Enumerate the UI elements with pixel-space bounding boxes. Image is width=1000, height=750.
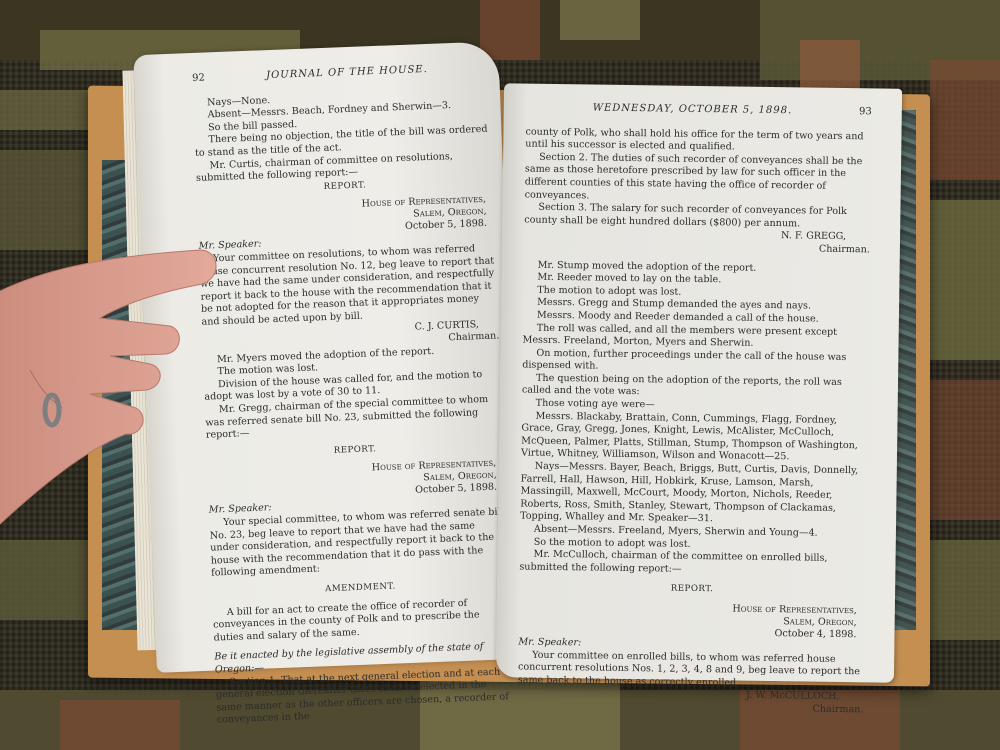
report-body: Your special committee, to whom was refe… bbox=[209, 506, 508, 580]
report-body: Your committee on resolutions, to whom w… bbox=[199, 242, 499, 329]
book-page-right: WEDNESDAY, OCTOBER 5, 1898. 93 county of… bbox=[496, 83, 902, 682]
text-paragraph: Mr. McCulloch, chairman of the committee… bbox=[519, 549, 865, 579]
section-text: Section 3. The salary for such recorder … bbox=[524, 202, 870, 232]
vote-nays: Nays—Messrs. Bayer, Beach, Briggs, Butt,… bbox=[520, 461, 867, 529]
running-head-left: 92 JOURNAL OF THE HOUSE. bbox=[192, 62, 489, 86]
section-text: Section 2. The duties of such recorder o… bbox=[525, 151, 872, 206]
running-head-right: WEDNESDAY, OCTOBER 5, 1898. 93 bbox=[526, 102, 872, 119]
hand bbox=[0, 248, 230, 528]
page-number: 93 bbox=[859, 106, 872, 119]
vote-ayes: Messrs. Blackaby, Brattain, Conn, Cummin… bbox=[521, 410, 868, 465]
page-number: 92 bbox=[192, 73, 205, 86]
running-head-title: WEDNESDAY, OCTOBER 5, 1898. bbox=[593, 102, 793, 117]
running-head-title: JOURNAL OF THE HOUSE. bbox=[266, 64, 428, 83]
report-body: Your committee on enrolled bills, to who… bbox=[518, 649, 864, 692]
